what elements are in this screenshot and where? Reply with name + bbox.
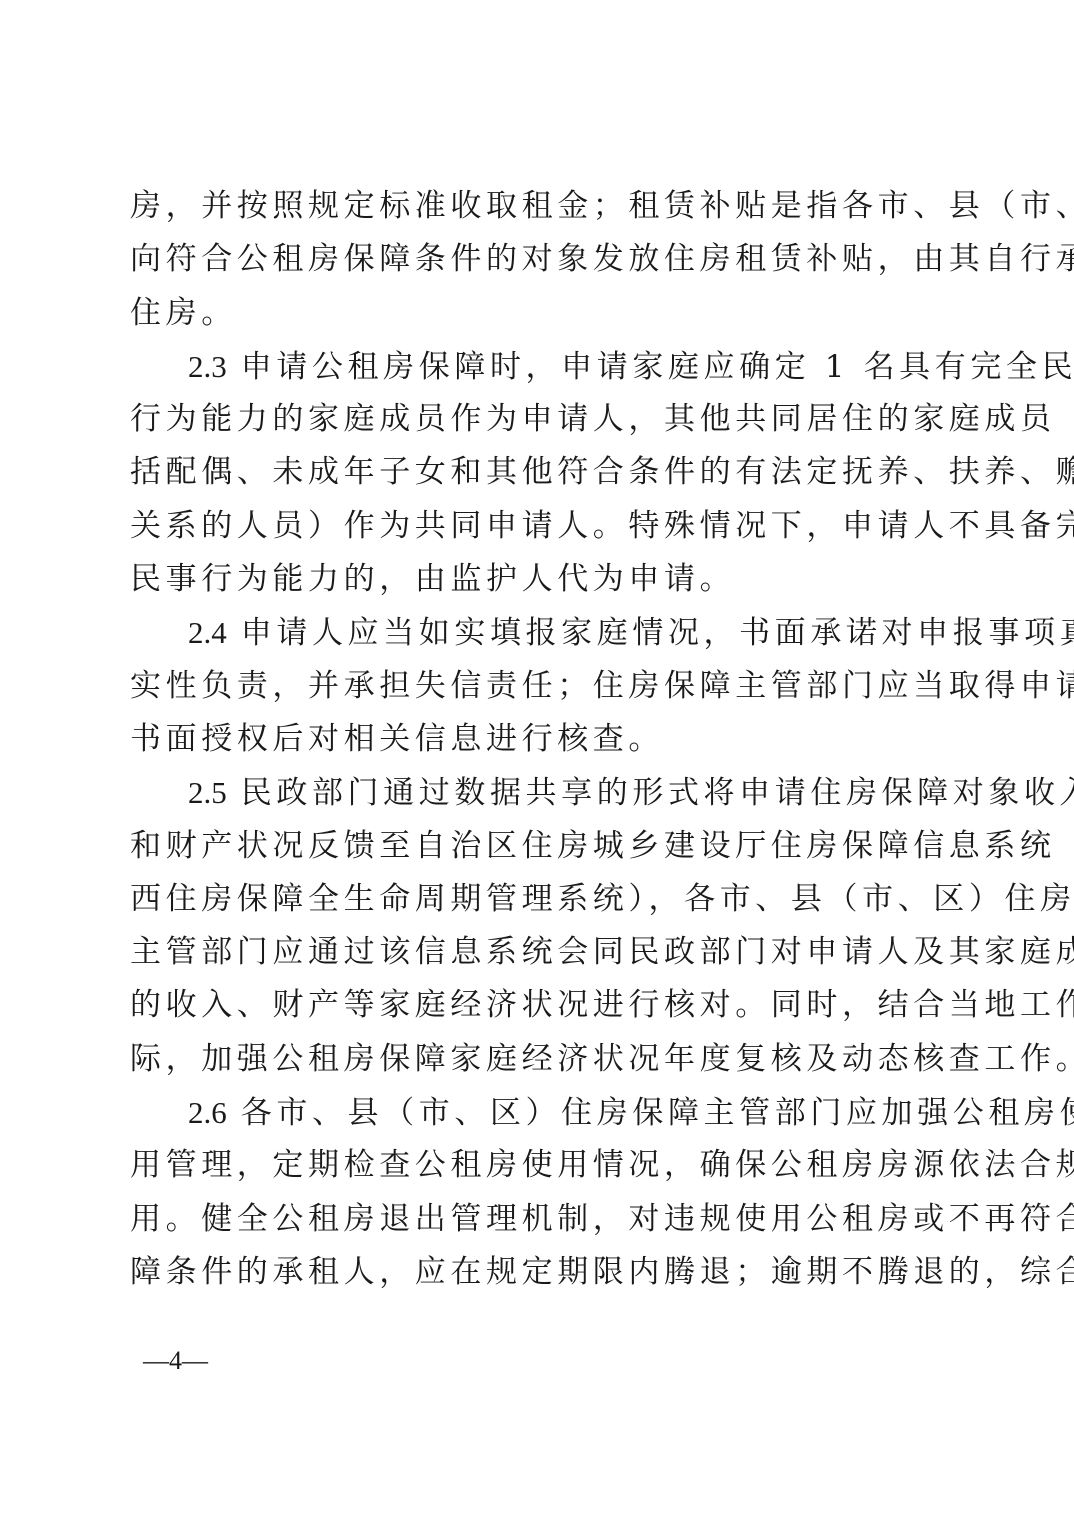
- text-line: 房，并按照规定标准收取租金；租赁补贴是指各市、县（市、区）: [130, 180, 946, 233]
- paragraph-first-line: 2.3申请公租房保障时，申请家庭应确定 1 名具有完全民事: [130, 340, 946, 393]
- text-line: 障条件的承租人，应在规定期限内腾退；逾期不腾退的，综合运: [130, 1246, 946, 1299]
- document-page: 房，并按照规定标准收取租金；租赁补贴是指各市、县（市、区） 向符合公租房保障条件…: [0, 0, 1074, 1520]
- section-number: 2.4: [188, 615, 227, 650]
- text-line: 民事行为能力的，由监护人代为申请。: [130, 553, 946, 606]
- text: 各市、县（市、区）住房保障主管部门应加强公租房使: [241, 1095, 1074, 1131]
- text: 申请公租房保障时，申请家庭应确定 1 名具有完全民事: [241, 349, 1074, 385]
- page-number: —4—: [143, 1346, 208, 1376]
- paragraph-first-line: 2.4申请人应当如实填报家庭情况，书面承诺对申报事项真: [130, 606, 946, 659]
- text-line: 用管理，定期检查公租房使用情况，确保公租房房源依法合规使: [130, 1139, 946, 1192]
- text-line: 向符合公租房保障条件的对象发放住房租赁补贴，由其自行承租: [130, 233, 946, 286]
- text-line: 关系的人员）作为共同申请人。特殊情况下，申请人不具备完全: [130, 500, 946, 553]
- paragraph-2-6: 2.6各市、县（市、区）住房保障主管部门应加强公租房使 用管理，定期检查公租房使…: [130, 1086, 946, 1299]
- text-line: 际，加强公租房保障家庭经济状况年度复核及动态核查工作。: [130, 1033, 946, 1086]
- text: 民政部门通过数据共享的形式将申请住房保障对象收入: [241, 775, 1074, 811]
- text-line: 书面授权后对相关信息进行核查。: [130, 713, 946, 766]
- text-line: 主管部门应通过该信息系统会同民政部门对申请人及其家庭成员: [130, 926, 946, 979]
- paragraph-first-line: 2.6各市、县（市、区）住房保障主管部门应加强公租房使: [130, 1086, 946, 1139]
- text-line: 实性负责，并承担失信责任；住房保障主管部门应当取得申请人: [130, 660, 946, 713]
- continuation-paragraph: 房，并按照规定标准收取租金；租赁补贴是指各市、县（市、区） 向符合公租房保障条件…: [130, 180, 946, 340]
- document-body: 房，并按照规定标准收取租金；租赁补贴是指各市、县（市、区） 向符合公租房保障条件…: [130, 180, 946, 1299]
- section-number: 2.3: [188, 349, 227, 384]
- text-line: 用。健全公租房退出管理机制，对违规使用公租房或不再符合保: [130, 1193, 946, 1246]
- paragraph-2-3: 2.3申请公租房保障时，申请家庭应确定 1 名具有完全民事 行为能力的家庭成员作…: [130, 340, 946, 606]
- text-line: 和财产状况反馈至自治区住房城乡建设厅住房保障信息系统（广: [130, 820, 946, 873]
- paragraph-first-line: 2.5民政部门通过数据共享的形式将申请住房保障对象收入: [130, 766, 946, 819]
- text-line: 西住房保障全生命周期管理系统），各市、县（市、区）住房保障: [130, 873, 946, 926]
- section-number: 2.5: [188, 775, 227, 810]
- section-number: 2.6: [188, 1095, 227, 1130]
- text: 申请人应当如实填报家庭情况，书面承诺对申报事项真: [241, 615, 1074, 651]
- text-line: 行为能力的家庭成员作为申请人，其他共同居住的家庭成员（包: [130, 393, 946, 446]
- text-line: 括配偶、未成年子女和其他符合条件的有法定抚养、扶养、赡养: [130, 446, 946, 499]
- text-line: 的收入、财产等家庭经济状况进行核对。同时，结合当地工作实: [130, 979, 946, 1032]
- paragraph-2-5: 2.5民政部门通过数据共享的形式将申请住房保障对象收入 和财产状况反馈至自治区住…: [130, 766, 946, 1086]
- text-line: 住房。: [130, 287, 946, 340]
- paragraph-2-4: 2.4申请人应当如实填报家庭情况，书面承诺对申报事项真 实性负责，并承担失信责任…: [130, 606, 946, 766]
